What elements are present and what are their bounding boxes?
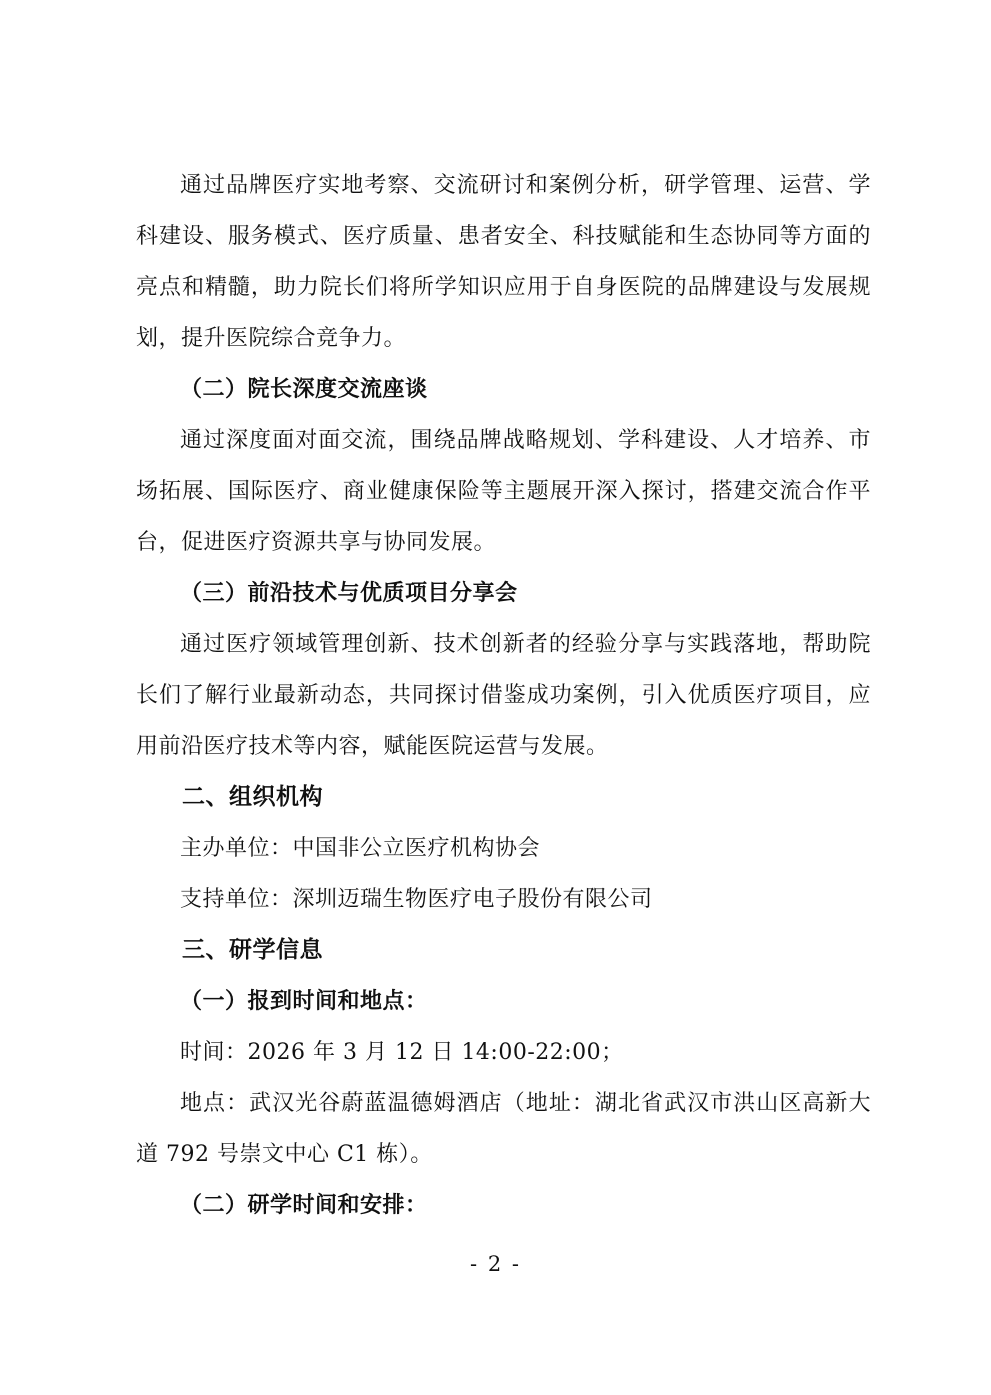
body-paragraph-sharing-session: 通过医疗领域管理创新、技术创新者的经验分享与实践落地，帮助院长们了解行业最新动态… — [136, 619, 871, 772]
body-paragraph-brand-study: 通过品牌医疗实地考察、交流研讨和案例分析，研学管理、运营、学科建设、服务模式、医… — [136, 160, 871, 364]
page-number: - 2 - — [0, 1252, 991, 1276]
subheading-2-schedule: （二）研学时间和安排： — [136, 1180, 871, 1231]
body-paragraph-location: 地点：武汉光谷蔚蓝温德姆酒店（地址：湖北省武汉市洪山区高新大道 792 号崇文中… — [136, 1078, 871, 1180]
section-heading-organization: 二、组织机构 — [136, 772, 871, 823]
document-page: 通过品牌医疗实地考察、交流研讨和案例分析，研学管理、运营、学科建设、服务模式、医… — [0, 0, 991, 1395]
body-line-time: 时间：2026 年 3 月 12 日 14:00-22:00； — [136, 1027, 871, 1078]
subheading-1-registration: （一）报到时间和地点： — [136, 976, 871, 1027]
body-line-host-unit: 主办单位：中国非公立医疗机构协会 — [136, 823, 871, 874]
subheading-3-sharing-session: （三）前沿技术与优质项目分享会 — [136, 568, 871, 619]
document-body: 通过品牌医疗实地考察、交流研讨和案例分析，研学管理、运营、学科建设、服务模式、医… — [136, 160, 871, 1231]
body-line-support-unit: 支持单位：深圳迈瑞生物医疗电子股份有限公司 — [136, 874, 871, 925]
subheading-2-forum: （二）院长深度交流座谈 — [136, 364, 871, 415]
section-heading-study-info: 三、研学信息 — [136, 925, 871, 976]
body-paragraph-forum: 通过深度面对面交流，围绕品牌战略规划、学科建设、人才培养、市场拓展、国际医疗、商… — [136, 415, 871, 568]
